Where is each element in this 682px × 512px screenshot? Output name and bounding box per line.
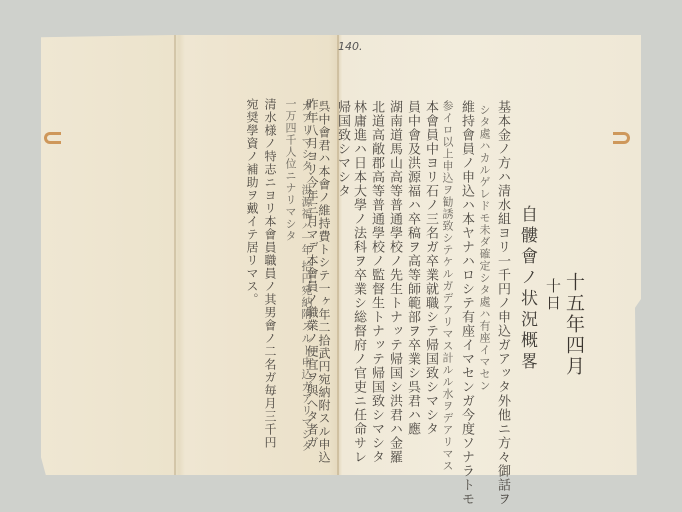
text-column: 員中會及洪源福ハ卒稿ヲ高等師範部ヲ卒業シ呉君ハ應 <box>404 100 420 436</box>
page-number: 140. <box>338 40 363 53</box>
text-column-left-3: 清水様ノ特志ニヨリ本會員職員ノ其男會ノ二名ガ毎月三千円 <box>262 98 278 449</box>
text-column: 維持會員ノ申込ハ本ヤナハロシテ有座イマセンガ今度ソナラトモ <box>458 100 474 506</box>
text-column: 湖南道馬山高等普通學校ノ先生トナッテ帰国シ洪君ハ金羅 <box>386 100 402 464</box>
signature-date-line-2: 十日 <box>545 278 561 312</box>
text-column: シタ處ハカルゲレドモ未ダ確定シタ處ハ有座イマセン <box>476 104 492 392</box>
text-column: 本會員中ヨリ石ノ三名ガ卒業就職シテ帰国致シマシタ <box>422 100 438 436</box>
text-column: 林庸進ハ日本大學ノ法科ヲ卒業シ総督府ノ官吏ニ任命サレ <box>350 100 366 464</box>
text-column-left-2: 一万四千人位ニナリマシタ <box>282 98 298 242</box>
rust-stain <box>44 132 61 144</box>
text-column: 帰国致シマシタ <box>334 100 350 198</box>
document-title: 自髏會ノ状況概畧 <box>519 205 535 373</box>
fold-line <box>174 35 176 475</box>
text-column: 基本金ノ方ハ清水組ヨリ一千円ノ申込ガアッタ外他ニ方々御話ヲ <box>494 100 510 506</box>
signature-date-line-1: 十五年四月 <box>566 272 582 377</box>
text-column: 参イロ以上申込ヲ勧誘致シテケルガデアリマス計ルル水ヲデアリマス <box>440 100 454 472</box>
rust-stain <box>613 132 630 144</box>
text-column-left-4: 宛奨學資ノ補助ヲ戴イテ居リマス。 <box>244 98 260 306</box>
text-column: 北道高敞郡高等普通學校ノ監督生トナッテ帰国致シマシタ <box>368 100 384 464</box>
text-column-left-1: 昨年八月ヨリ今年三月マデ本會員ノ職業ノ便宜ヲ與ヘタ者ガ <box>304 98 320 449</box>
